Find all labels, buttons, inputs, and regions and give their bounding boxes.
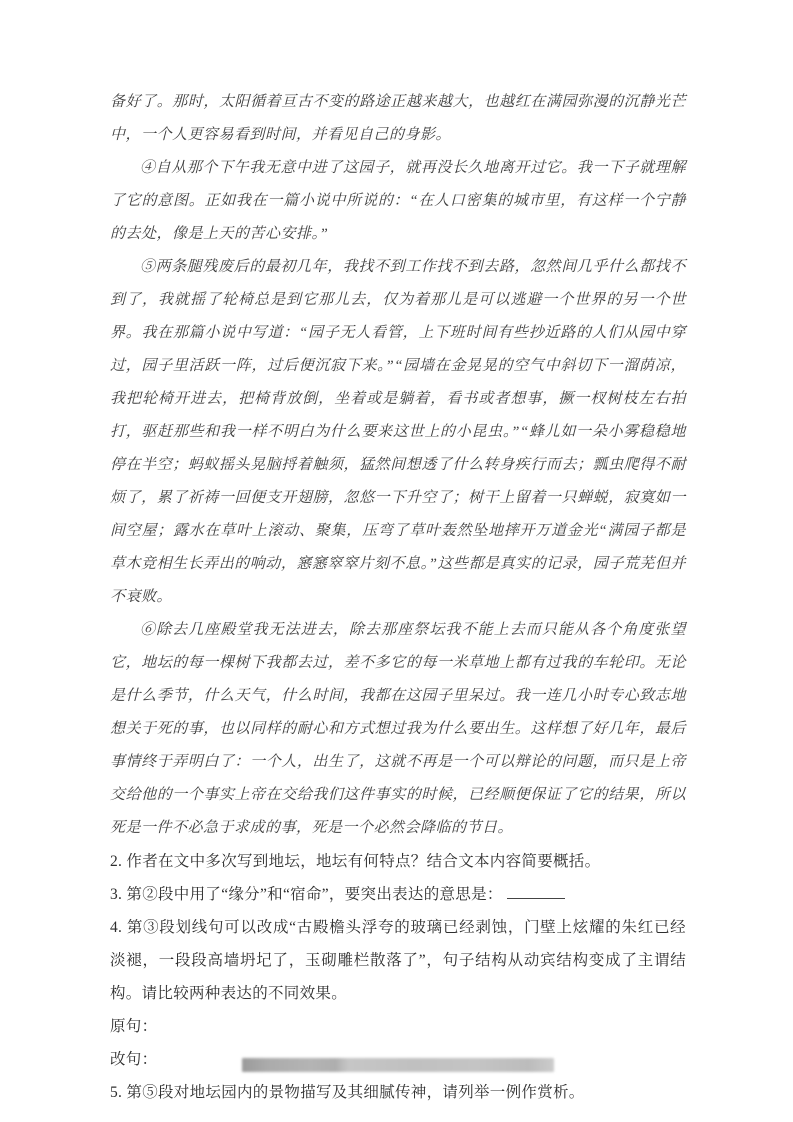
exam-page: 备好了。那时，太阳循着亘古不变的路途正越来越大，也越红在满园弥漫的沉静光芒中，一… — [110, 86, 686, 1109]
reading-passage: 备好了。那时，太阳循着亘古不变的路途正越来越大，也越红在满园弥漫的沉静光芒中，一… — [110, 86, 686, 845]
question-5-text: 5. 第⑤段对地坛园内的景物描写及其细腻传神，请列举一例作赏析。 — [110, 1084, 585, 1101]
passage-paragraph-3-continued: 备好了。那时，太阳循着亘古不变的路途正越来越大，也越红在满园弥漫的沉静光芒中，一… — [110, 86, 686, 152]
answer-label-original-text: 原句： — [110, 1018, 157, 1035]
question-3: 3. 第②段中用了“缘分”和“宿命”，要突出表达的意思是： — [110, 878, 686, 911]
answer-label-original: 原句： — [110, 1010, 686, 1043]
answer-blank-line — [507, 883, 565, 900]
passage-paragraph-6: ⑥除去几座殿堂我无法进去，除去那座祭坛我不能上去而只能从各个角度张望它，地坛的每… — [110, 614, 686, 845]
question-3-text: 3. 第②段中用了“缘分”和“宿命”，要突出表达的意思是： — [110, 886, 503, 903]
passage-paragraph-5: ⑤两条腿残废后的最初几年，我找不到工作找不到去路，忽然间几乎什么都找不到了，我就… — [110, 251, 686, 614]
question-4-text: 4. 第③段划线句可以改成“古殿檐头浮夸的玻璃已经剥蚀，门壁上炫耀的朱红已经淡褪… — [110, 919, 686, 1002]
passage-paragraph-4: ④自从那个下午我无意中进了这园子，就再没长久地离开过它。我一下子就理解了它的意图… — [110, 152, 686, 251]
question-2-text: 2. 作者在文中多次写到地坛，地坛有何特点？结合文本内容简要概括。 — [110, 853, 600, 870]
question-2: 2. 作者在文中多次写到地坛，地坛有何特点？结合文本内容简要概括。 — [110, 845, 686, 878]
redacted-watermark — [242, 1058, 554, 1072]
answer-label-revised-text: 改句： — [110, 1051, 157, 1068]
question-5: 5. 第⑤段对地坛园内的景物描写及其细腻传神，请列举一例作赏析。 — [110, 1076, 686, 1109]
question-4: 4. 第③段划线句可以改成“古殿檐头浮夸的玻璃已经剥蚀，门壁上炫耀的朱红已经淡褪… — [110, 911, 686, 1010]
